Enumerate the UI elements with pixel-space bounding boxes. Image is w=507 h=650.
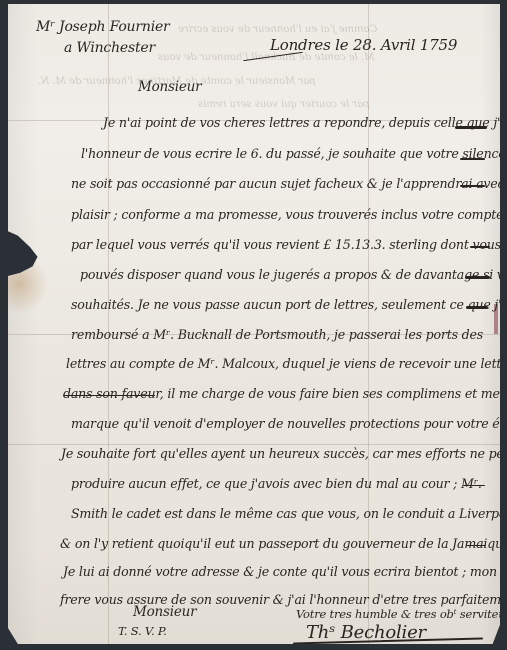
postscript-initials: T. S. V. P.: [118, 624, 167, 638]
body-line: dans son faveur, il me charge de vous fa…: [63, 386, 500, 401]
place-date: Londres le 28. Avril 1759: [270, 36, 457, 54]
bleed-through-text: par le courier qui vous sera remis: [198, 99, 370, 110]
body-line: plaisir ; conforme a ma promesse, vous t…: [71, 207, 507, 222]
body-line: souhaités. Je ne vous passe aucun port d…: [71, 297, 507, 312]
body-line: remboursé a Mʳ. Bucknall de Portsmouth, …: [71, 327, 483, 342]
salutation: Monsieur: [138, 79, 201, 95]
body-line: Je lui ai donné votre adresse & je conte…: [63, 564, 497, 579]
fold-crease-horizontal: [8, 444, 500, 445]
line-filler-dash: [465, 276, 490, 279]
body-line: l'honneur de vous ecrire le 6. du passé,…: [81, 146, 506, 161]
line-filler-dash: [455, 126, 487, 129]
line-filler-dash: [470, 246, 490, 248]
addressee-name: Mʳ Joseph Fournier: [36, 19, 170, 35]
body-line: ne soit pas occasionné par aucun sujet f…: [71, 176, 504, 191]
line-filler-dash: [463, 485, 485, 486]
bleed-through-text: Comme j'ai eu l'honneur de vous ecrire: [178, 24, 377, 35]
body-line: marque qu'il venoit d'employer de nouvel…: [71, 416, 507, 431]
body-line: produire aucun effet, ce que j'avois ave…: [71, 476, 482, 491]
closing-salutation: Monsieur: [133, 604, 196, 620]
addressee-location: a Winchester: [64, 40, 155, 56]
body-line: Smith le cadet est dans le même cas que …: [71, 506, 507, 521]
valediction: Votre tres humble & tres obᵗ serviteur: [296, 607, 507, 621]
line-filler-dash: [466, 306, 488, 309]
body-line: Je n'ai point de vos cheres lettres a re…: [103, 115, 507, 130]
line-filler-dash: [466, 545, 486, 546]
line-filler-dash: [460, 185, 485, 187]
age-stain: [8, 254, 48, 314]
letter-paper: Comme j'ai eu l'honneur de vous ecrire M…: [8, 4, 500, 644]
line-filler-dash: [460, 158, 485, 160]
body-line: Je souhaite fort qu'elles ayent un heure…: [61, 446, 507, 461]
body-line: & on l'y retient quoiqu'il eut un passep…: [60, 536, 507, 551]
body-line: lettres au compte de Mʳ. Malcoux, duquel…: [66, 356, 507, 371]
strikethrough-mark: [63, 395, 155, 396]
body-line: par lequel vous verrés qu'il vous revien…: [71, 237, 501, 252]
body-line: pouvés disposer quand vous le jugerés a …: [80, 267, 507, 282]
body-line: frere vous assure de son souvenir & j'ai…: [60, 592, 507, 607]
